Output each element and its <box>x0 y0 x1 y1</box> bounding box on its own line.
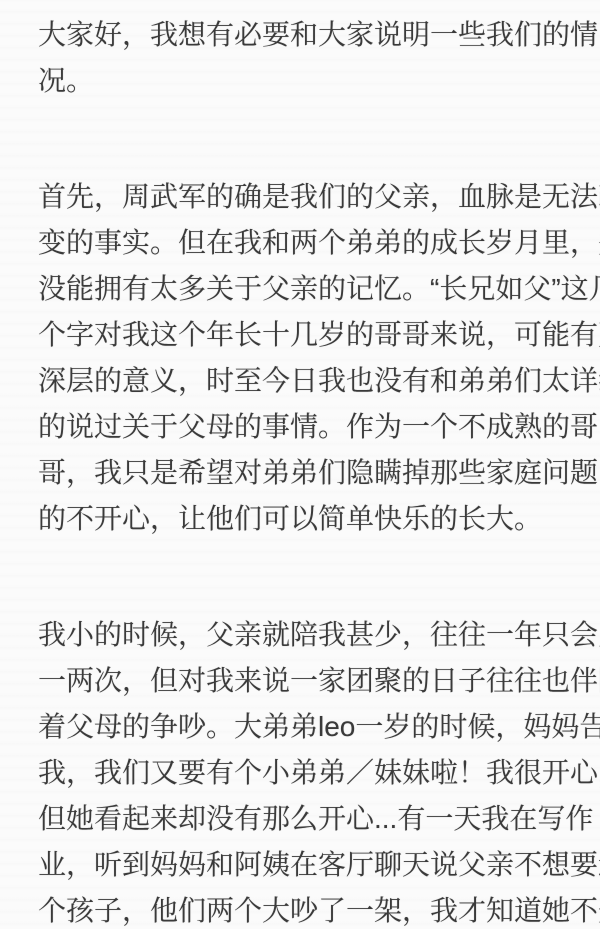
paragraph-childhood-memory: 我小的时候，父亲就陪我甚少，往往一年只会见 一两次，但对我来说一家团聚的日子往往… <box>38 612 570 929</box>
text-line: 哥，我只是希望对弟弟们隐瞒掉那些家庭问题中 <box>38 450 570 496</box>
text-line: 的说过关于父母的事情。作为一个不成熟的哥 <box>38 404 570 450</box>
text-line: 一两次，但对我来说一家团聚的日子往往也伴随 <box>38 658 570 704</box>
paragraph-father-explanation: 首先，周武军的确是我们的父亲，血脉是无法改 变的事实。但在我和两个弟弟的成长岁月… <box>38 174 570 542</box>
text-line: 个孩子，他们两个大吵了一架，我才知道她不开 <box>38 888 570 929</box>
statement-document: 大家好，我想有必要和大家说明一些我们的情 况。 首先，周武军的确是我们的父亲，血… <box>0 0 600 929</box>
text-line: 首先，周武军的确是我们的父亲，血脉是无法改 <box>38 174 570 220</box>
text-line: 我，我们又要有个小弟弟／妹妹啦！我很开心， <box>38 750 570 796</box>
text-line: 我小的时候，父亲就陪我甚少，往往一年只会见 <box>38 612 570 658</box>
text-line: 深层的意义，时至今日我也没有和弟弟们太详细 <box>38 358 570 404</box>
text-line: 况。 <box>38 58 570 104</box>
text-line: 着父母的争吵。大弟弟leo一岁的时候，妈妈告诉 <box>38 704 570 750</box>
text-line: 但她看起来却没有那么开心...有一天我在写作 <box>38 796 570 842</box>
text-line: 个字对我这个年长十几岁的哥哥来说，可能有更 <box>38 312 570 358</box>
text-line: 大家好，我想有必要和大家说明一些我们的情 <box>38 12 570 58</box>
text-line: 变的事实。但在我和两个弟弟的成长岁月里，并 <box>38 220 570 266</box>
text-line: 没能拥有太多关于父亲的记忆。“长兄如父”这几 <box>38 266 570 312</box>
text-line: 的不开心，让他们可以简单快乐的长大。 <box>38 496 570 542</box>
text-line: 业，听到妈妈和阿姨在客厅聊天说父亲不想要这 <box>38 842 570 888</box>
paragraph-intro: 大家好，我想有必要和大家说明一些我们的情 况。 <box>38 12 570 104</box>
